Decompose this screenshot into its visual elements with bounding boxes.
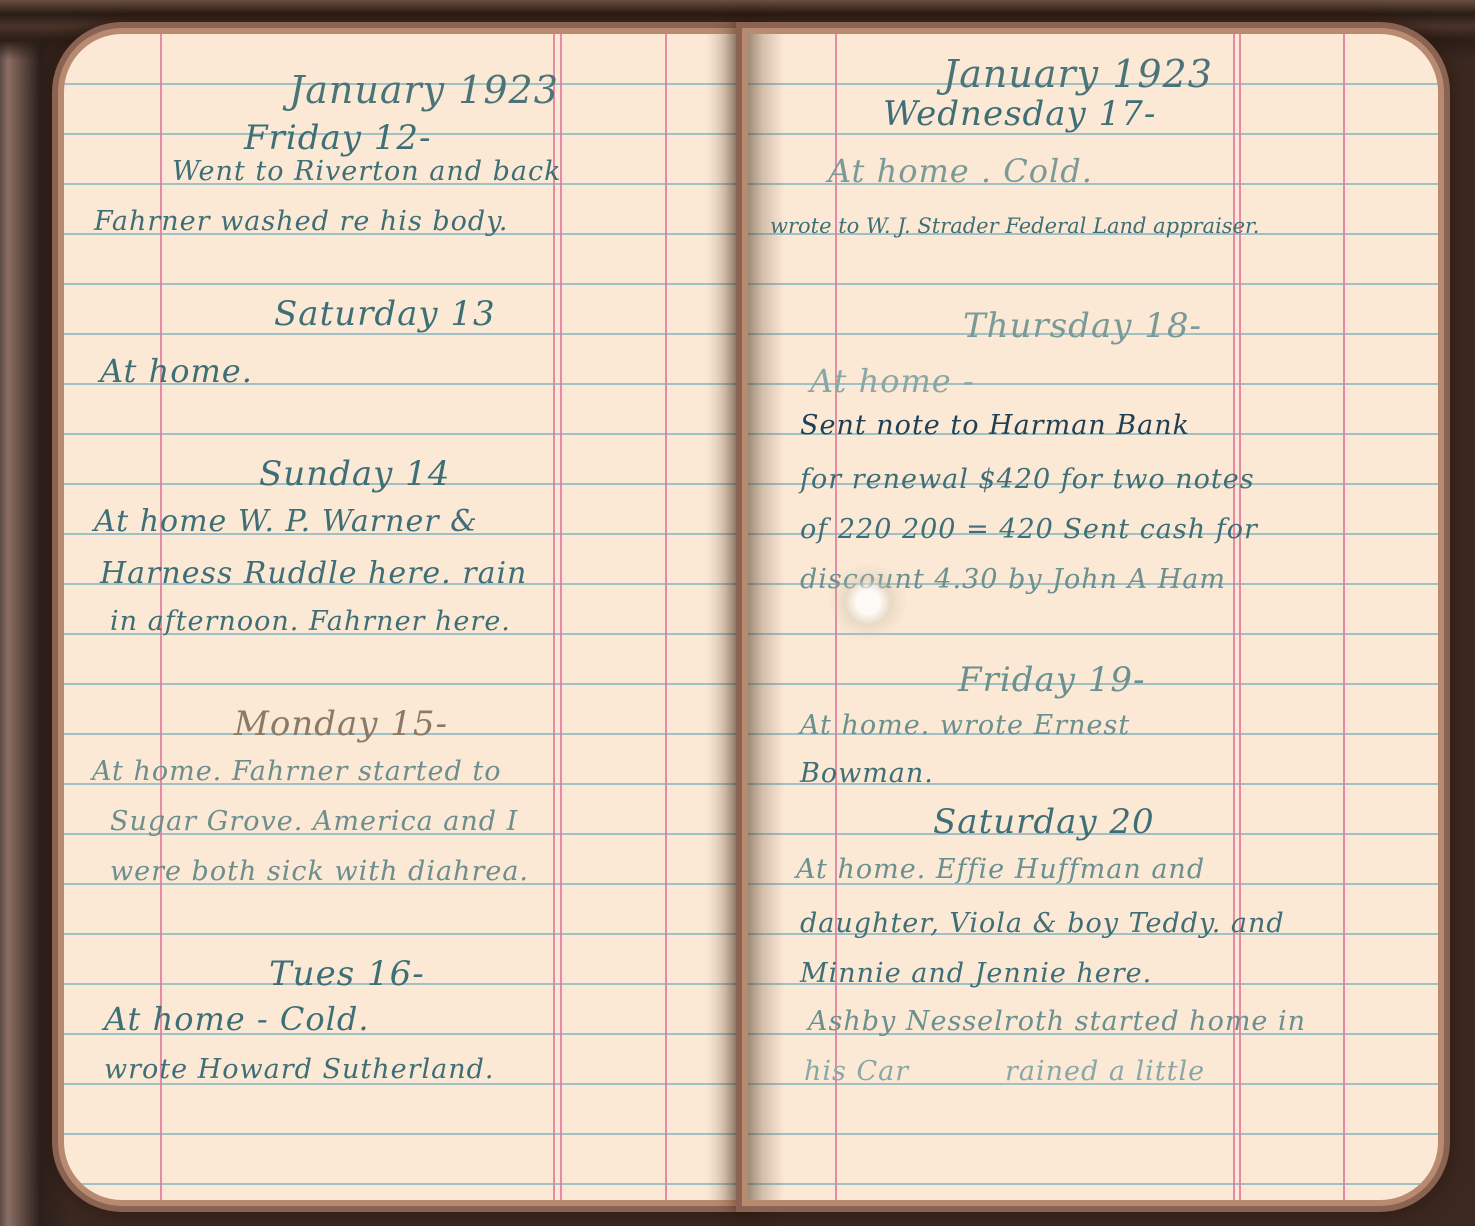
column-line [553, 34, 555, 1200]
entry-line: At home. Fahrner started to [92, 756, 502, 787]
entry-line: wrote Howard Sutherland. [104, 1054, 494, 1085]
month-header: January 1923 [289, 68, 559, 112]
entry-line: Ashby Nesselroth started home in [808, 1006, 1306, 1037]
entry-line: At home - Cold. [104, 1000, 370, 1038]
entry-line: daughter, Viola & boy Teddy. and [800, 908, 1285, 939]
entry-line: wrote to W. J. Strader Federal Land appr… [770, 214, 1259, 238]
entry-line: At home. wrote Ernest [800, 710, 1130, 741]
entry-day: Tues 16- [269, 954, 425, 994]
entry-day: Sunday 14 [259, 454, 450, 494]
entry-line: At home W. P. Warner & [94, 504, 478, 539]
entry-line: for renewal $420 for two notes [800, 464, 1255, 495]
entry-line: At home. Effie Huffman and [796, 854, 1205, 885]
entry-day: Wednesday 17- [883, 94, 1156, 134]
entry-line: of 220 200 = 420 Sent cash for [800, 514, 1258, 545]
column-line [1343, 34, 1345, 1200]
entry-line: Sent note to Harman Bank [800, 410, 1190, 441]
entry-day: Friday 19- [958, 660, 1146, 700]
entry-line: Went to Riverton and back [172, 156, 561, 187]
entry-line: Bowman. [800, 758, 934, 789]
entry-line: were both sick with diahrea. [110, 856, 529, 887]
entry-day: Friday 12- [244, 118, 432, 158]
entry-day: Thursday 18- [963, 306, 1202, 346]
entry-line: Fahrner washed re his body. [94, 206, 508, 237]
column-line [560, 34, 562, 1200]
column-line [665, 34, 667, 1200]
entry-line: in afternoon. Fahrner here. [110, 606, 511, 637]
month-header: January 1923 [943, 52, 1213, 96]
entry-line: At home. [100, 352, 253, 390]
water-stain [828, 562, 908, 642]
entry-day: Saturday 20 [933, 802, 1155, 842]
entry-line: Harness Ruddle here. rain [100, 556, 527, 591]
entry-line: his Car rained a little [804, 1056, 1205, 1087]
entry-line: Sugar Grove. America and I [110, 806, 518, 837]
right-page: January 1923 Wednesday 17- At home . Col… [748, 34, 1438, 1200]
left-page: January 1923 Friday 12- Went to Riverton… [64, 34, 746, 1200]
entry-line: At home . Cold. [828, 152, 1093, 190]
entry-day: Saturday 13 [274, 294, 496, 334]
entry-line: At home - [810, 362, 975, 400]
entry-day: Monday 15- [234, 704, 448, 744]
entry-line: Minnie and Jennie here. [800, 958, 1152, 989]
